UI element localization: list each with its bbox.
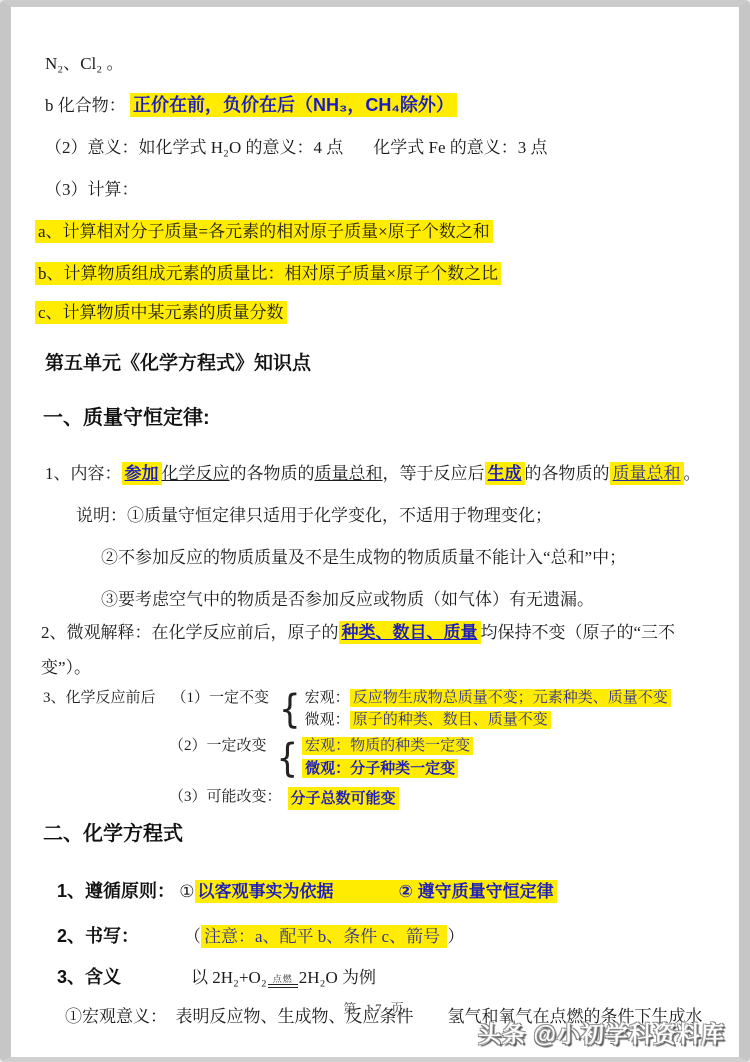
condition-text: 点燃 [268,975,298,983]
meaning-line: 3、含义以 2H₂+O₂点燃2H₂O 为例 [57,965,723,990]
law-text-2: ，等于反应后 [383,464,485,483]
writing-highlight: 注意：a、配平 b、条件 c、箭号 [201,925,447,948]
calc-c-line: c、计算物质中某元素的质量分数 [35,300,723,325]
reaction-condition: 点燃 [268,975,298,988]
micro-pre: 2、微观解释：在化学反应前后，原子的 [41,623,339,642]
calc-a-line: a、计算相对分子质量=各元素的相对原子质量×原子个数之和 [35,219,723,244]
changed-row: （2）一定改变 { 宏观：物质的种类一定变 微观：分子种类一定变 [169,736,723,781]
micro-wrap-line: 变”）。 [41,655,723,680]
before-after-block: 3、化学反应前后 （1）一定不变 { 宏观：反应物生成物总质量不变；元素种类、质… [43,688,723,810]
note2-text: ②不参加反应的物质质量及不是生成物的物质质量不能计入“总和”中； [101,548,626,567]
double-bond-bar [268,984,298,988]
before-after-label: 3、化学反应前后 [43,688,156,709]
principle-rule1: 以客观事实为依据 [198,882,334,901]
calc-label: （3）计算： [45,180,139,199]
changed-macro-highlight: 宏观：物质的种类一定变 [302,737,473,755]
changed-micro-line: 微观：分子种类一定变 [302,758,473,780]
formula-meaning-line: （2）意义：如化学式 H₂O 的意义：4 点化学式 Fe 的意义：3 点 [45,135,723,160]
writing-line: 2、书写：（注意：a、配平 b、条件 c、箭号 ） [57,924,723,949]
law-hl-zongheh: 质量总和 [610,462,684,485]
equation-left: 以 2H₂+O₂ [191,968,267,987]
law-text-4: 。 [684,464,701,483]
section1-title: 一、质量守恒定律: [43,406,723,431]
calc-b-highlight: b、计算物质组成元素的质量比：相对原子质量×原子个数之比 [35,262,501,285]
section2-title: 二、化学方程式 [43,822,723,847]
formula-text: N₂、Cl₂ 。 [45,54,123,73]
law-hl-shengcheng: 生成 [485,462,525,485]
page-content: N₂、Cl₂ 。 b 化合物： 正价在前，负价在后（NH₃，CH₄除外） （2）… [11,7,739,1029]
writing-label: 2、书写： [57,926,139,946]
brace-left-icon: { [279,686,301,734]
paren-close: ） [447,927,464,946]
changed-micro-highlight: 微观：分子种类一定变 [302,759,458,778]
paren-open: （ [184,927,201,946]
law-hl-canjia: 参加 [122,462,162,485]
note3-text: ③要考虑空气中的物质是否参加反应或物质（如气体）有无遗漏。 [101,590,594,609]
law-content-label: 1、内容： [45,464,122,483]
unchanged-micro-line: 微观：原子的种类、数目、质量不变 [305,710,671,731]
unchanged-stack: 宏观：反应物生成物总质量不变；元素种类、质量不变 微观：原子的种类、数目、质量不… [305,688,671,732]
compound-rule-line: b 化合物： 正价在前，负价在后（NH₃，CH₄除外） [45,93,723,118]
principle-label: 1、遵循原则： [57,881,175,901]
calc-b-line: b、计算物质组成元素的质量比：相对原子质量×原子个数之比 [35,261,723,286]
unchanged-micro-highlight: 原子的种类、数目、质量不变 [350,711,551,729]
maybe-changed-row: （3）可能改变： 分子总数可能变 [169,787,723,810]
formula-meaning-part1: （2）意义：如化学式 H₂O 的意义：4 点 [45,138,343,157]
unchanged-label: （1）一定不变 [172,688,270,709]
circled-one: ① [179,882,194,901]
law-text-3: 的各物质的 [525,464,610,483]
maybe-changed-highlight: 分子总数可能变 [288,787,399,810]
formula-meaning-part2: 化学式 Fe 的意义：3 点 [373,138,547,157]
calc-label-line: （3）计算： [45,177,723,202]
maybe-changed-label: （3）可能改变： [169,787,282,808]
law-content-line: 1、内容：参加化学反应的各物质的质量总和，等于反应后生成的各物质的质量总和。 [45,461,723,486]
unchanged-row: 3、化学反应前后 （1）一定不变 { 宏观：反应物生成物总质量不变；元素种类、质… [43,688,723,732]
formula-line: N₂、Cl₂ 。 [45,51,723,76]
micro-explain-line: 2、微观解释：在化学反应前后，原子的种类、数目、质量均保持不变（原子的“三不 [41,620,723,645]
compound-rule-highlight: 正价在前，负价在后（NH₃，CH₄除外） [130,93,457,117]
brace-left-icon: { [277,734,299,782]
watermark: 头条 @小初学科资料库 [478,1016,725,1049]
micro-post: 均保持不变（原子的“三不 [481,623,676,642]
page-number: 第 17 页 [11,998,739,1017]
note3-line: ③要考虑空气中的物质是否参加反应或物质（如气体）有无遗漏。 [101,587,723,612]
unchanged-macro-line: 宏观：反应物生成物总质量不变；元素种类、质量不变 [305,688,671,709]
principle-rule2: ② 遵守质量守恒定律 [399,882,554,901]
calc-c-highlight: c、计算物质中某元素的质量分数 [35,301,287,324]
unchanged-macro-highlight: 反应物生成物总质量不变；元素种类、质量不变 [350,689,671,707]
changed-stack: 宏观：物质的种类一定变 微观：分子种类一定变 [302,736,473,781]
calc-a-highlight: a、计算相对分子质量=各元素的相对原子质量×原子个数之和 [35,220,493,243]
compound-label: b 化合物： [45,96,126,115]
law-text-1: 的各物质的 [230,464,315,483]
micro-highlight: 种类、数目、质量 [339,621,481,644]
unit5-title: 第五单元《化学方程式》知识点 [45,351,723,376]
meaning-label: 3、含义 [57,967,121,987]
law-underline-2: 质量总和 [315,464,383,483]
note1-line: 说明：①质量守恒定律只适用于化学变化，不适用于物理变化； [76,503,723,528]
note-label: 说明： [76,506,127,525]
changed-macro-line: 宏观：物质的种类一定变 [302,736,473,757]
note1-text: ①质量守恒定律只适用于化学变化，不适用于物理变化； [127,506,552,525]
note2-line: ②不参加反应的物质质量及不是生成物的物质质量不能计入“总和”中； [101,545,723,570]
changed-label: （2）一定改变 [169,736,267,757]
micro-wrap-text: 变”）。 [41,658,91,677]
document-page: N₂、Cl₂ 。 b 化合物： 正价在前，负价在后（NH₃，CH₄除外） （2）… [0,0,750,1062]
micro-label: 微观： [305,712,350,728]
principle-line: 1、遵循原则： ①以客观事实为依据② 遵守质量守恒定律 [57,879,723,904]
law-underline-1: 化学反应 [162,464,230,483]
equation-right: 2H₂O 为例 [299,968,376,987]
macro-label: 宏观： [305,690,350,706]
principle-highlight: 以客观事实为依据② 遵守质量守恒定律 [195,880,557,903]
